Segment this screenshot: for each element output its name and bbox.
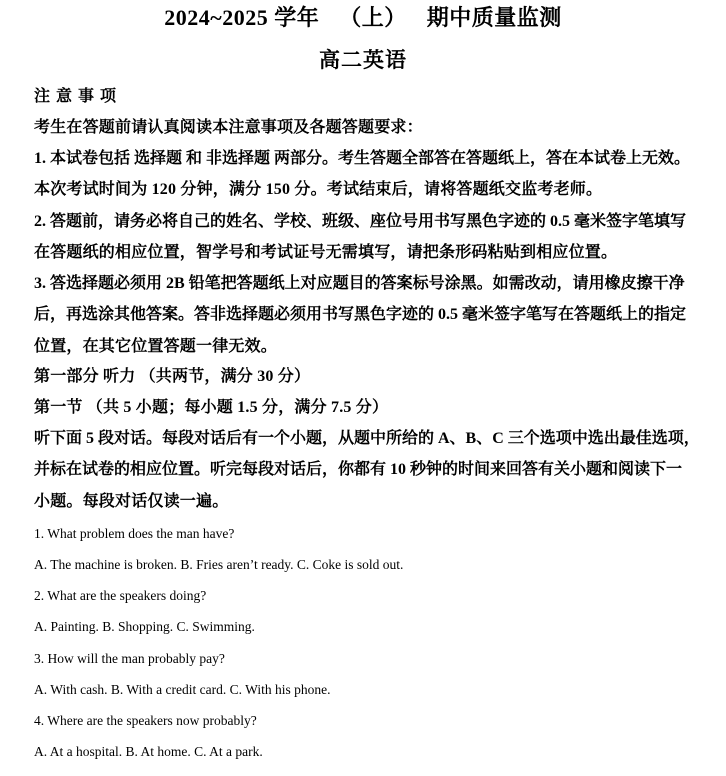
notice-item-1-line-2: 本次考试时间为 120 分钟，满分 150 分。考试结束后，请将答题纸交监考老师… bbox=[34, 180, 602, 200]
question-4: 4. Where are the speakers now probably? bbox=[34, 712, 257, 730]
notice-item-2-line-2: 在答题纸的相应位置，智学号和考试证号无需填写，请把条形码粘贴到相应位置。 bbox=[34, 243, 617, 263]
question-3-options: A. With cash. B. With a credit card. C. … bbox=[34, 681, 330, 699]
title-year: 2024~2025 bbox=[164, 5, 268, 30]
section1-instruction-3: 小题。每段对话仅读一遍。 bbox=[34, 492, 228, 512]
title-exam: 期中质量监测 bbox=[427, 5, 562, 30]
notice-item-3-line-3: 位置，在其它位置答题一律无效。 bbox=[34, 337, 277, 357]
notice-intro: 考生在答题前请认真阅读本注意事项及各题答题要求： bbox=[34, 118, 423, 138]
notice-heading: 注意事项 bbox=[34, 87, 122, 107]
question-1: 1. What problem does the man have? bbox=[34, 525, 234, 543]
notice-item-1-line-1: 1. 本试卷包括 选择题 和 非选择题 两部分。考生答题全部答在答题纸上，答在本… bbox=[34, 149, 690, 169]
question-3: 3. How will the man probably pay? bbox=[34, 650, 225, 668]
question-1-options: A. The machine is broken. B. Fries aren’… bbox=[34, 556, 403, 574]
exam-subtitle: 高二英语 bbox=[0, 46, 726, 74]
notice-item-2-line-1: 2. 答题前，请务必将自己的姓名、学校、班级、座位号用书写黑色字迹的 0.5 毫… bbox=[34, 212, 686, 232]
notice-item-3-line-2: 后，再选涂其他答案。答非选择题必须用书写黑色字迹的 0.5 毫米签字笔写在答题纸… bbox=[34, 305, 686, 325]
question-2-options: A. Painting. B. Shopping. C. Swimming. bbox=[34, 618, 255, 636]
part1-heading: 第一部分 听力 （共两节，满分 30 分） bbox=[34, 367, 310, 387]
question-4-options: A. At a hospital. B. At home. C. At a pa… bbox=[34, 743, 263, 761]
section1-instruction-2: 并标在试卷的相应位置。听完每段对话后，你都有 10 秒钟的时间来回答有关小题和阅… bbox=[34, 460, 682, 480]
title-term-label: 学年 bbox=[274, 5, 319, 30]
exam-page: 2024~2025 学年 （上） 期中质量监测 高二英语 注意事项 考生在答题前… bbox=[0, 0, 726, 776]
section1-heading: 第一节 （共 5 小题；每小题 1.5 分，满分 7.5 分） bbox=[34, 398, 388, 418]
exam-title: 2024~2025 学年 （上） 期中质量监测 bbox=[0, 4, 726, 32]
notice-item-3-line-1: 3. 答选择题必须用 2B 铅笔把答题纸上对应题目的答案标号涂黑。如需改动，请用… bbox=[34, 274, 685, 294]
title-semester: （上） bbox=[339, 5, 407, 30]
question-2: 2. What are the speakers doing? bbox=[34, 587, 206, 605]
section1-instruction-1: 听下面 5 段对话。每段对话后有一个小题，从题中所给的 A、B、C 三个选项中选… bbox=[34, 429, 700, 449]
